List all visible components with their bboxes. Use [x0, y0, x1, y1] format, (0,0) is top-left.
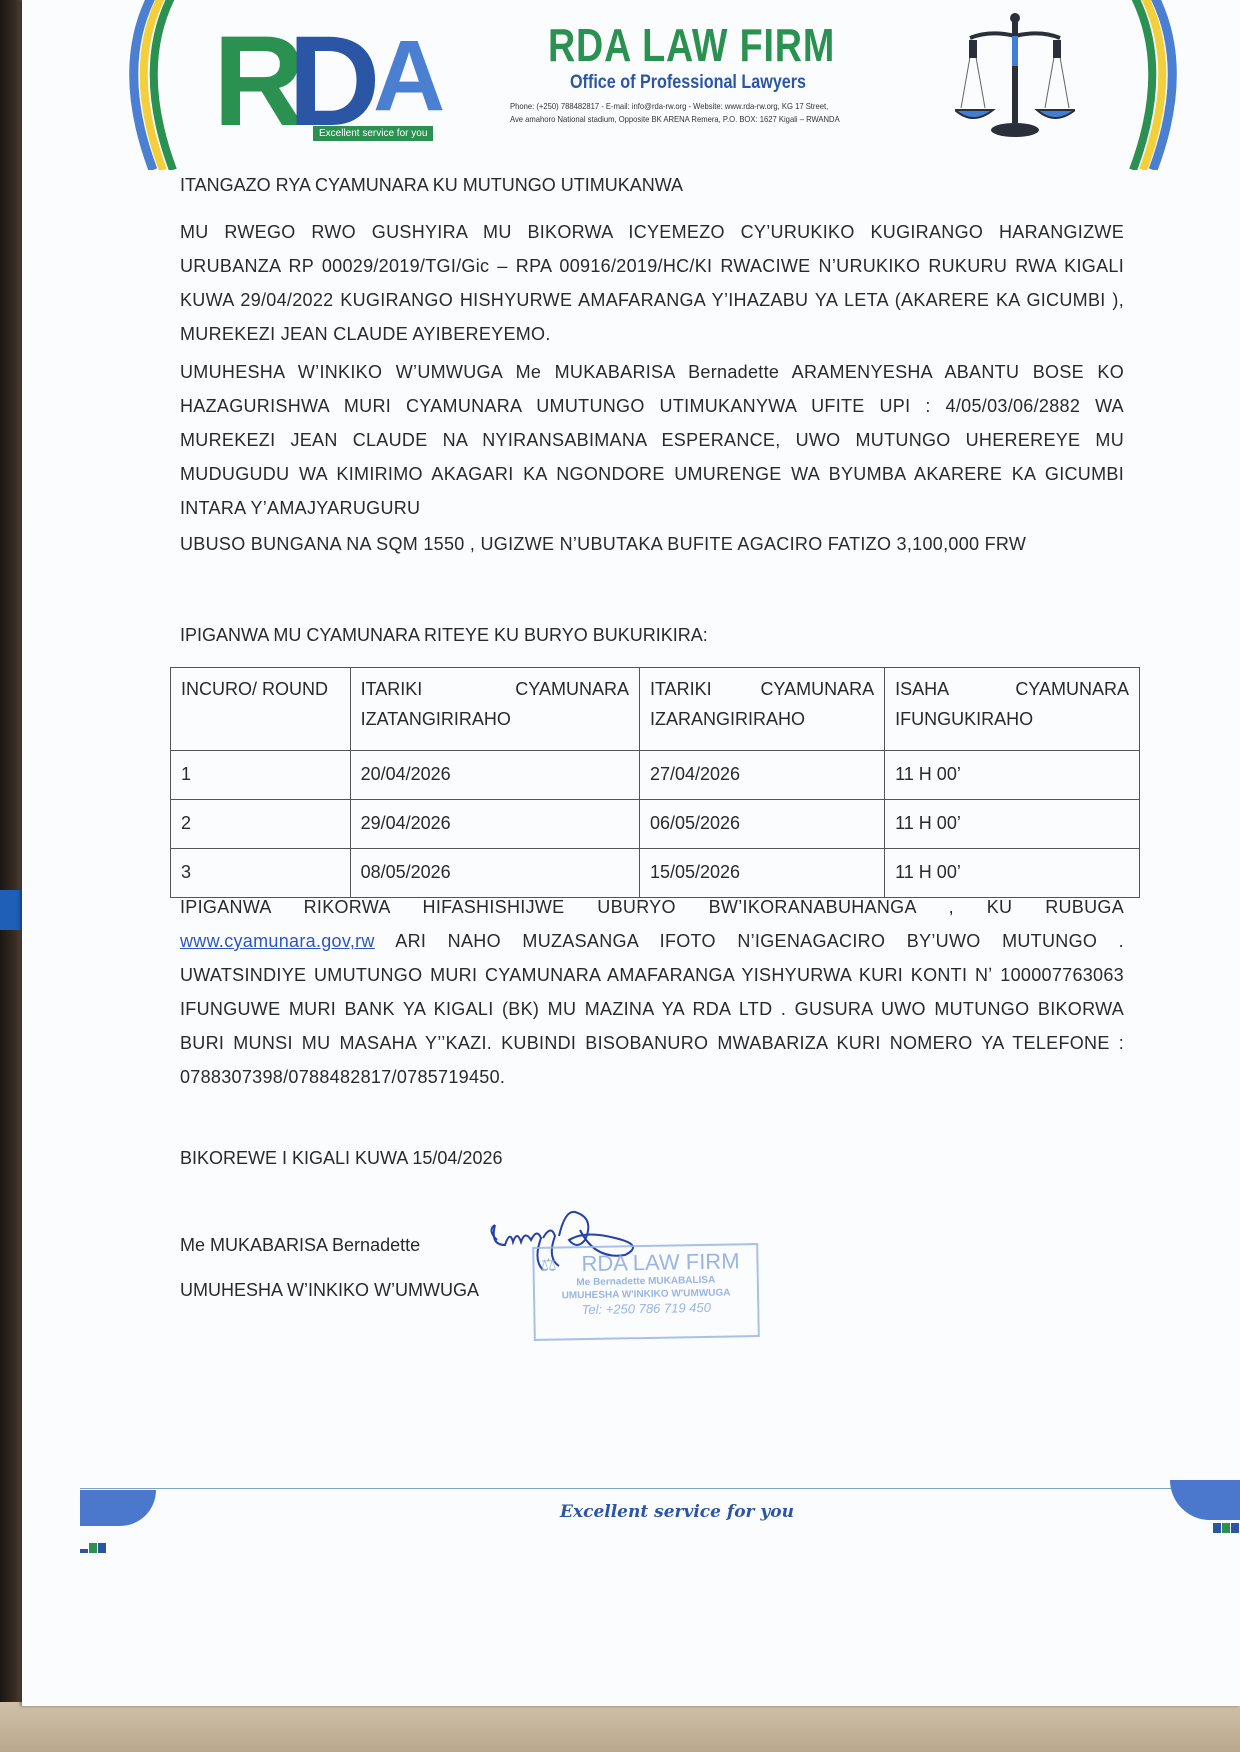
- footer-tagline: Excellent service for you: [560, 1502, 794, 1522]
- firm-contact: Phone: (+250) 788482817 - E-mail: info@r…: [510, 100, 840, 126]
- cell-time: 11 H 00’: [885, 800, 1140, 849]
- decorative-arc-right-icon: [1108, 0, 1198, 170]
- header-start-date: ITARIKICYAMUNARAIZATANGIRIRAHO: [350, 668, 639, 751]
- notice-heading: ITANGAZO RYA CYAMUNARA KU MUTUNGO UTIMUK…: [180, 175, 1124, 196]
- header-round: INCURO/ ROUND: [171, 668, 351, 751]
- auction-rounds-table: INCURO/ ROUND ITARIKICYAMUNARAIZATANGIRI…: [170, 667, 1140, 898]
- logo-letter-a: A: [373, 26, 445, 126]
- cell-time: 11 H 00’: [885, 751, 1140, 800]
- stamp-scales-icon: ⚖: [540, 1255, 557, 1276]
- cell-start-date: 20/04/2026: [350, 751, 639, 800]
- cell-start-date: 29/04/2026: [350, 800, 639, 849]
- issued-place-date: BIKOREWE I KIGALI KUWA 15/04/2026: [180, 1148, 1124, 1169]
- cell-round: 1: [171, 751, 351, 800]
- official-stamp: ⚖ RDA LAW FIRM Me Bernadette MUKABALISA …: [532, 1243, 760, 1341]
- cell-end-date: 06/05/2026: [639, 800, 884, 849]
- logo-tagline: Excellent service for you: [313, 126, 433, 141]
- footer-divider: [80, 1488, 1240, 1489]
- scan-background: [0, 1702, 1240, 1752]
- table-row: 1 20/04/2026 27/04/2026 11 H 00’: [171, 751, 1140, 800]
- notice-paragraph-1: MU RWEGO RWO GUSHYIRA MU BIKORWA ICYEMEZ…: [180, 215, 1124, 351]
- header-opening-time: ISAHACYAMUNARAIFUNGUKIRAHO: [885, 668, 1140, 751]
- firm-name: RDA LAW FIRM: [548, 18, 835, 72]
- contact-line-1: Phone: (+250) 788482817 - E-mail: info@r…: [510, 100, 840, 113]
- cell-end-date: 27/04/2026: [639, 751, 884, 800]
- table-intro: IPIGANWA MU CYAMUNARA RITEYE KU BURYO BU…: [180, 625, 1124, 646]
- property-value-paragraph: UBUSO BUNGANA NA SQM 1550 , UGIZWE N’UBU…: [180, 527, 1124, 561]
- footer-pixel-decoration: [80, 1540, 107, 1558]
- scales-of-justice-icon: [955, 10, 1075, 140]
- header-end-date: ITARIKICYAMUNARAIZARANGIRIRAHO: [639, 668, 884, 751]
- logo-letter-d: D: [288, 22, 380, 142]
- table-header-row: INCURO/ ROUND ITARIKICYAMUNARAIZATANGIRI…: [171, 668, 1140, 751]
- decorative-arc-left-icon: [108, 0, 198, 170]
- cell-round: 2: [171, 800, 351, 849]
- table-row: 2 29/04/2026 06/05/2026 11 H 00’: [171, 800, 1140, 849]
- notice-paragraph-2: UMUHESHA W’INKIKO W’UMWUGA Me MUKABARISA…: [180, 355, 1124, 525]
- logo-letter-r: R: [213, 22, 297, 142]
- footer-pixel-decoration: [1213, 1520, 1240, 1538]
- firm-subtitle: Office of Professional Lawyers: [570, 72, 806, 94]
- cyamunara-website-link[interactable]: www.cyamunara.gov,rw: [180, 931, 375, 951]
- bidding-info-paragraph: IPIGANWA RIKORWA HIFASHISHIJWE UBURYO BW…: [180, 890, 1124, 1094]
- rda-logo: R D A Excellent service for you: [213, 22, 463, 147]
- contact-line-2: Ave amahoro National stadium, Opposite B…: [510, 113, 840, 126]
- tape-mark: [0, 890, 22, 930]
